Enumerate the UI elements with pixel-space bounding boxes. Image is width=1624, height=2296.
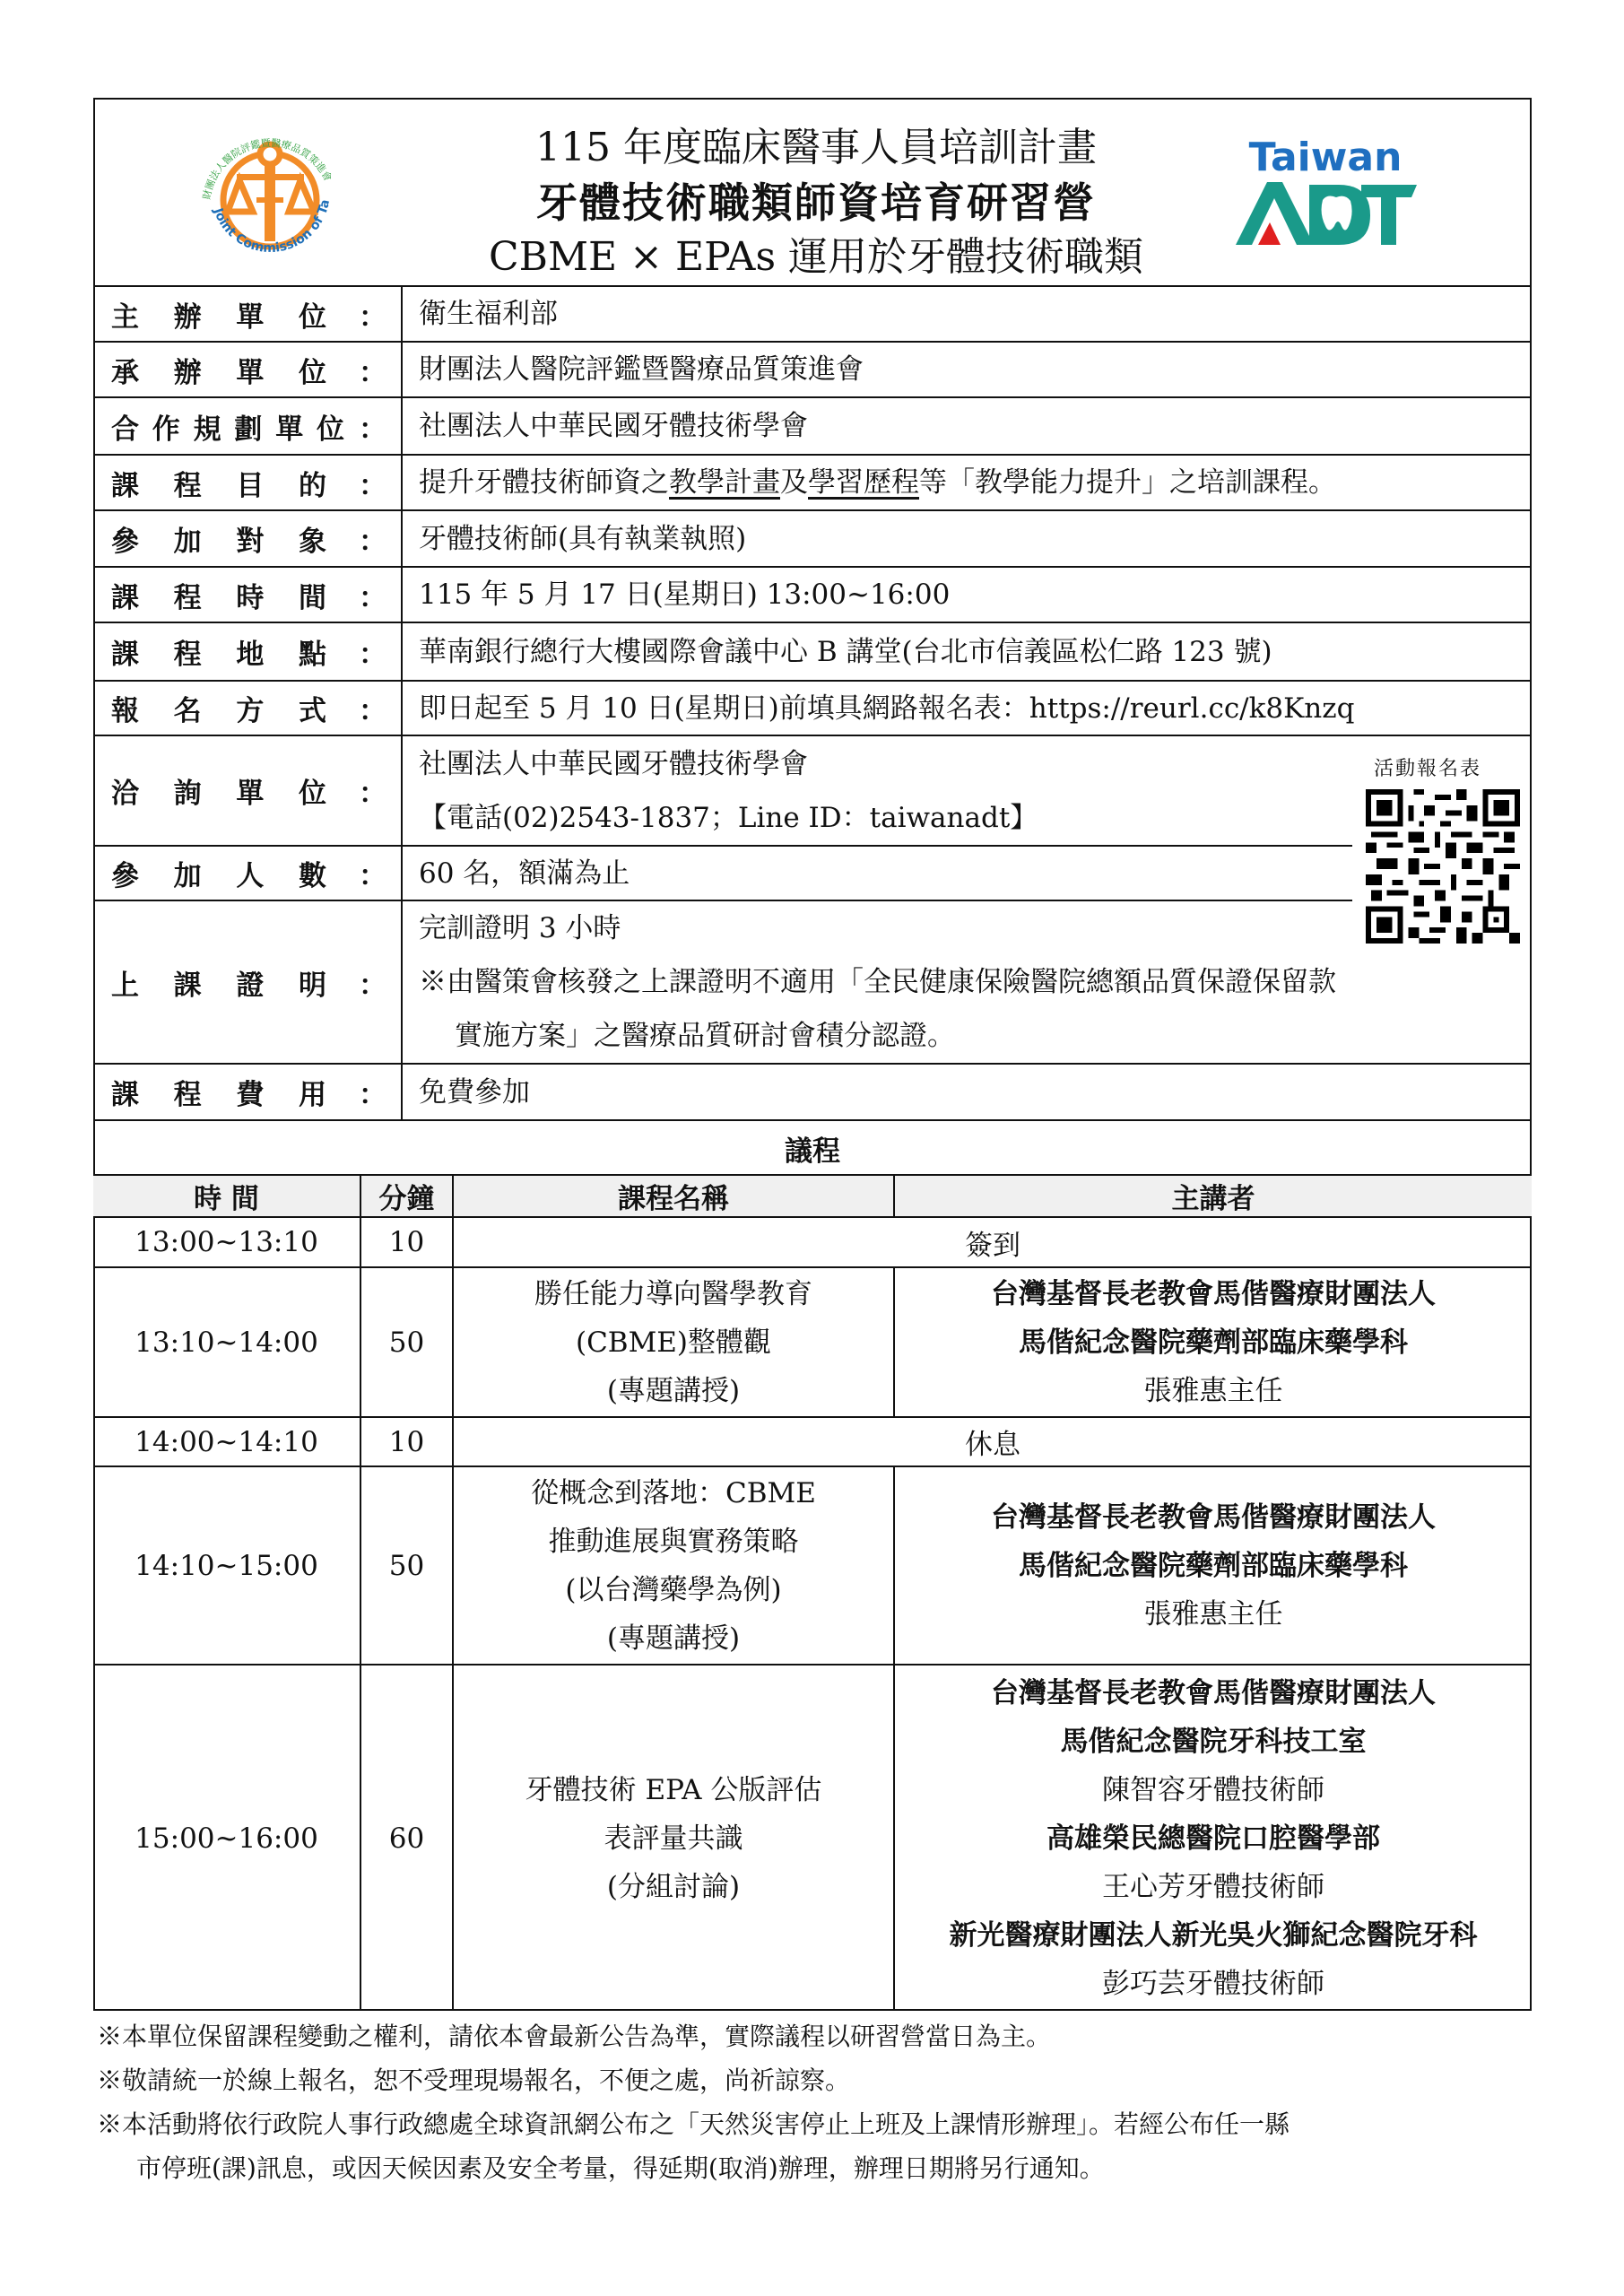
registration-link[interactable]: 即日起至 5 月 10 日(星期日)前填具網路報名表：https://reurl…: [419, 682, 1514, 735]
agenda-minutes: 10: [361, 1218, 454, 1266]
footnote: 市停班(課)訊息，或因天候因素及安全考量，得延期(取消)辦理，辦理日期將另行通知…: [97, 2146, 1550, 2190]
agenda-time: 13:00~13:10: [93, 1218, 361, 1266]
info-row-objective: 課程目的 ： 提升牙體技術師資之教學計畫及學習歷程等「教學能力提升」之培訓課程。: [93, 456, 1532, 511]
agenda-course: 勝任能力導向醫學教育 (CBME)整體觀 (專題講授): [454, 1268, 895, 1416]
title-line-2: 牙體技術職類師資培育研習營: [413, 170, 1220, 230]
agenda-row-session-1: 13:10~14:00 50 勝任能力導向醫學教育 (CBME)整體觀 (專題講…: [93, 1268, 1532, 1418]
row-value: 60 名，額滿為止: [419, 847, 1334, 900]
row-value: 衛生福利部: [419, 287, 1514, 341]
info-row-organizer: 主辦單位 ： 衛生福利部: [93, 287, 1532, 343]
agenda-activity: 休息: [454, 1418, 1532, 1465]
row-value: 財團法人醫院評鑑暨醫療品質策進會: [419, 343, 1514, 396]
info-row-location: 課程地點 ： 華南銀行總行大樓國際會議中心 B 講堂(台北市信義區松仁路 123…: [93, 623, 1532, 682]
header-course: 課程名稱: [454, 1176, 895, 1216]
row-value: 提升牙體技術師資之教學計畫及學習歷程等「教學能力提升」之培訓課程。: [419, 456, 1514, 509]
agenda-speaker: 台灣基督長老教會馬偕醫療財團法人 馬偕紀念醫院牙科技工室 陳智容牙體技術師 高雄…: [895, 1665, 1532, 2011]
row-label: 課程目的 ：: [93, 456, 403, 509]
info-row-registration: 報名方式 ： 即日起至 5 月 10 日(星期日)前填具網路報名表：https:…: [93, 682, 1532, 736]
info-row-capacity: 參加人數 ： 60 名，額滿為止: [93, 847, 1352, 901]
agenda-header-row: 時 間 分鐘 課程名稱 主講者: [93, 1176, 1532, 1218]
agenda-course: 牙體技術 EPA 公版評估 表評量共識 (分組討論): [454, 1665, 895, 2011]
row-value: 社團法人中華民國牙體技術學會 【電話(02)2543-1837；Line ID：…: [419, 736, 1334, 845]
agenda-minutes: 50: [361, 1268, 454, 1416]
footnote: ※本活動將依行政院人事行政總處全球資訊網公布之「天然災害停止上班及上課情形辦理」…: [97, 2102, 1550, 2146]
agenda-speaker: 台灣基督長老教會馬偕醫療財團法人 馬偕紀念醫院藥劑部臨床藥學科 張雅惠主任: [895, 1467, 1532, 1664]
row-label: 主辦單位 ：: [93, 287, 403, 341]
info-row-time: 課程時間 ： 115 年 5 月 17 日(星期日) 13:00~16:00: [93, 568, 1532, 623]
agenda-row-session-2: 14:10~15:00 50 從概念到落地：CBME 推動進展與實務策略 (以台…: [93, 1467, 1532, 1665]
agenda-minutes: 60: [361, 1665, 454, 2011]
row-value: 社團法人中華民國牙體技術學會: [419, 398, 1514, 454]
header-minutes: 分鐘: [361, 1176, 454, 1216]
title-line-1: 115 年度臨床醫事人員培訓計畫: [413, 115, 1220, 172]
row-value: 115 年 5 月 17 日(星期日) 13:00~16:00: [419, 568, 1514, 622]
header-time: 時 間: [93, 1176, 361, 1216]
agenda-speaker: 台灣基督長老教會馬偕醫療財團法人 馬偕紀念醫院藥劑部臨床藥學科 張雅惠主任: [895, 1268, 1532, 1416]
agenda-time: 14:10~15:00: [93, 1467, 361, 1664]
row-label: 參加對象 ：: [93, 511, 403, 566]
footnotes: ※本單位保留課程變動之權利，請依本會最新公告為準，實際議程以研習營當日為主。 ※…: [97, 2014, 1550, 2190]
info-row-audience: 參加對象 ： 牙體技術師(具有執業執照): [93, 511, 1532, 568]
flyer-page: 財團法人醫院評鑑暨醫療品質策進會 Joint Commission of Tai…: [0, 0, 1624, 2296]
row-value: 免費參加: [419, 1065, 1514, 1119]
agenda-row-break: 14:00~14:10 10 休息: [93, 1418, 1532, 1467]
row-label: 報名方式 ：: [93, 682, 403, 735]
info-row-certificate: 上課證明 ： 完訓證明 3 小時 ※由醫策會核發之上課證明不適用「全民健康保險醫…: [93, 901, 1532, 1065]
footnote: ※本單位保留課程變動之權利，請依本會最新公告為準，實際議程以研習營當日為主。: [97, 2014, 1550, 2058]
row-label: 承辦單位 ：: [93, 343, 403, 396]
row-label: 參加人數 ：: [93, 847, 403, 900]
title-line-3: CBME × EPAs 運用於牙體技術職類: [413, 224, 1220, 282]
agenda-title: 議程: [93, 1121, 1532, 1176]
row-label: 合作規劃單位 ：: [93, 398, 403, 454]
agenda-time: 13:10~14:00: [93, 1268, 361, 1416]
row-value: 完訓證明 3 小時 ※由醫策會核發之上課證明不適用「全民健康保險醫院總額品質保證…: [419, 901, 1514, 1063]
info-row-fee: 課程費用 ： 免費參加: [93, 1065, 1532, 1121]
svg-text:Taiwan: Taiwan: [1249, 135, 1403, 180]
info-row-executor: 承辦單位 ： 財團法人醫院評鑑暨醫療品質策進會: [93, 343, 1532, 398]
row-label: 課程時間 ：: [93, 568, 403, 622]
info-row-co-planner: 合作規劃單位 ： 社團法人中華民國牙體技術學會: [93, 398, 1532, 456]
header-speaker: 主講者: [895, 1176, 1532, 1216]
row-label: 課程地點 ：: [93, 623, 403, 680]
row-label: 課程費用 ：: [93, 1065, 403, 1119]
info-row-contact: 洽詢單位 ： 社團法人中華民國牙體技術學會 【電話(02)2543-1837；L…: [93, 736, 1352, 847]
joint-commission-logo-icon: 財團法人醫院評鑑暨醫療品質策進會 Joint Commission of Tai…: [192, 115, 349, 272]
qr-label: 活動報名表: [1374, 753, 1481, 781]
agenda-activity: 簽到: [454, 1218, 1532, 1266]
taiwan-adt-logo-icon: Taiwan: [1227, 133, 1420, 249]
agenda-time: 14:00~14:10: [93, 1418, 361, 1465]
row-label: 上課證明 ：: [93, 901, 403, 1063]
row-value: 華南銀行總行大樓國際會議中心 B 講堂(台北市信義區松仁路 123 號): [419, 623, 1514, 680]
footnote: ※敬請統一於線上報名，恕不受理現場報名，不便之處，尚祈諒察。: [97, 2058, 1550, 2102]
registration-qr-code-icon[interactable]: [1366, 789, 1520, 944]
row-value: 牙體技術師(具有執業執照): [419, 511, 1514, 566]
agenda-course: 從概念到落地：CBME 推動進展與實務策略 (以台灣藥學為例) (專題講授): [454, 1467, 895, 1664]
agenda-minutes: 10: [361, 1418, 454, 1465]
agenda-row-session-3: 15:00~16:00 60 牙體技術 EPA 公版評估 表評量共識 (分組討論…: [93, 1665, 1532, 2011]
agenda-row-checkin: 13:00~13:10 10 簽到: [93, 1218, 1532, 1268]
row-label: 洽詢單位 ：: [93, 736, 403, 845]
agenda-minutes: 50: [361, 1467, 454, 1664]
agenda-time: 15:00~16:00: [93, 1665, 361, 2011]
